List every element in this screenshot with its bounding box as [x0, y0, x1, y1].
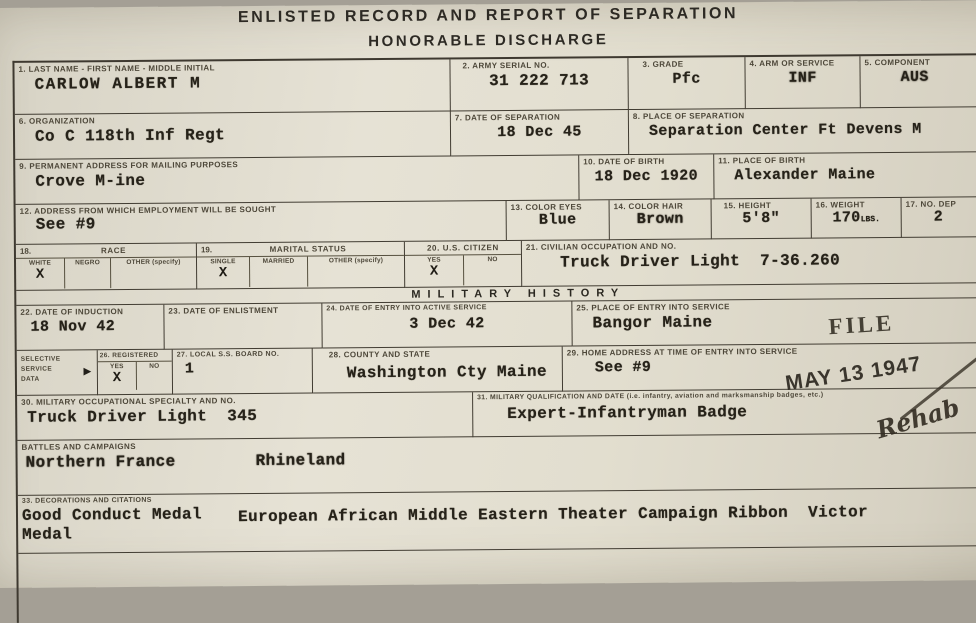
field-label: 31. MILITARY QUALIFICATION AND DATE (i.e… — [477, 390, 976, 401]
field-value: Separation Center Ft Devens M — [649, 120, 976, 140]
option-label: OTHER (specify) — [126, 259, 180, 266]
field-3-grade: 3. GRADE Pfc — [628, 57, 745, 110]
field-number: 19. — [201, 245, 212, 254]
arrow-right-icon: ► — [81, 363, 94, 378]
field-label: 26. REGISTERED — [100, 352, 170, 360]
option-married: MARRIED — [249, 257, 307, 287]
field-19-marital-status: 19. MARITAL STATUS SINGLEX MARRIED OTHER… — [197, 242, 405, 290]
field-24-date-entry-active-service: 24. DATE OF ENTRY INTO ACTIVE SERVICE 3 … — [322, 302, 572, 349]
field-26-registered: 26. REGISTERED YESX NO — [98, 350, 173, 396]
option-label: NO — [149, 363, 159, 370]
field-value: Crove M-ine — [35, 168, 574, 191]
field-label: 1. LAST NAME - FIRST NAME - MIDDLE INITI… — [18, 61, 445, 73]
option-no: NO — [463, 255, 521, 285]
field-value: 5'8" — [716, 210, 807, 228]
field-value: Good Conduct Medal — [22, 505, 202, 525]
race-options: WHITEX NEGRO OTHER (specify) — [16, 256, 196, 288]
field-8-place-of-separation: 8. PLACE OF SEPARATION Separation Center… — [629, 107, 976, 155]
field-30-military-occupational-specialty: 30. MILITARY OCCUPATIONAL SPECIALTY AND … — [17, 392, 473, 441]
file-stamp: FILE — [828, 310, 895, 340]
option-negro: NEGRO — [64, 258, 110, 288]
option-white: WHITEX — [16, 258, 64, 288]
field-7-date-of-separation: 7. DATE OF SEPARATION 18 Dec 45 — [451, 110, 629, 156]
field-label: 2. ARMY SERIAL NO. — [462, 60, 623, 70]
field-label: 19. MARITAL STATUS — [201, 244, 400, 255]
field-value: Brown — [614, 210, 707, 228]
field-value: 2 — [934, 208, 976, 226]
field-title: RACE — [35, 245, 192, 255]
field-value: Blue — [511, 211, 605, 229]
field-label: 17. NO. DEP — [906, 199, 976, 209]
option-no: NO — [136, 362, 172, 390]
option-label: NO — [487, 256, 497, 263]
field-10-date-of-birth: 10. DATE OF BIRTH 18 Dec 1920 — [579, 154, 714, 200]
field-6-organization: 6. ORGANIZATION Co C 118th Inf Regt — [15, 111, 451, 159]
field-value: 31 222 713 — [455, 71, 624, 91]
field-1-last-first-middle-name: 1. LAST NAME - FIRST NAME - MIDDLE INITI… — [14, 59, 450, 114]
checkmark-x: X — [113, 371, 122, 385]
field-value: 18 Dec 1920 — [583, 167, 709, 185]
field-title: 20. U.S. CITIZEN — [409, 243, 517, 253]
field-value: Alexander Maine — [734, 165, 976, 184]
field-value: See #9 — [36, 212, 502, 234]
field-28-county-and-state: 28. COUNTY AND STATE Washington Cty Main… — [313, 347, 563, 394]
option-yes: YESX — [405, 255, 463, 285]
citizen-options: YESX NO — [405, 254, 521, 286]
weight-number: 170 — [832, 209, 860, 226]
field-label: 11. PLACE OF BIRTH — [718, 154, 976, 165]
checkmark-x: X — [430, 265, 439, 279]
checkmark-x: X — [36, 268, 45, 282]
field-value: 18 Dec 45 — [455, 123, 624, 142]
field-17-no-dependents: 17. NO. DEP 2 — [902, 197, 976, 238]
checkmark-x: X — [219, 266, 228, 280]
field-value: Co C 118th Inf Regt — [35, 124, 446, 146]
selective-service-data-label: SELECTIVE SERVICE DATA ► — [17, 350, 98, 396]
field-9-permanent-address: 9. PERMANENT ADDRESS FOR MAILING PURPOSE… — [15, 155, 579, 204]
field-16-weight: 16. WEIGHT 170LBS. — [812, 198, 902, 239]
field-11-place-of-birth: 11. PLACE OF BIRTH Alexander Maine — [714, 152, 976, 199]
field-5-component: 5. COMPONENT AUS — [860, 55, 976, 108]
option-label: MARRIED — [263, 258, 295, 265]
field-value: CARLOW ALBERT M — [35, 72, 446, 94]
field-label: 5. COMPONENT — [864, 57, 976, 67]
document-title: ENLISTED RECORD AND REPORT OF SEPARATION… — [158, 5, 818, 52]
option-label: NEGRO — [75, 259, 100, 266]
field-22-date-of-induction: 22. DATE OF INDUCTION 18 Nov 42 — [16, 305, 164, 351]
field-label: 23. DATE OF ENLISTMENT — [168, 306, 317, 316]
option-other: OTHER (specify) — [110, 257, 196, 288]
field-value: 18 Nov 42 — [30, 318, 159, 336]
field-label: 18. RACE — [20, 245, 192, 255]
weight-unit: LBS. — [861, 215, 880, 224]
option-label: OTHER (specify) — [329, 257, 383, 264]
field-15-height: 15. HEIGHT 5'8" — [712, 199, 812, 240]
field-12-employment-address: 12. ADDRESS FROM WHICH EMPLOYMENT WILL B… — [16, 201, 507, 245]
field-32-battles-and-campaigns: BATTLES AND CAMPAIGNS Northern France Rh… — [17, 433, 976, 496]
option-label: YES — [427, 257, 441, 264]
field-20-us-citizen: 20. U.S. CITIZEN YESX NO — [405, 241, 522, 288]
option-other: OTHER (specify) — [307, 256, 404, 287]
field-value — [168, 317, 317, 318]
field-value: Washington Cty Maine — [347, 363, 558, 383]
scanned-document: ENLISTED RECORD AND REPORT OF SEPARATION… — [0, 0, 976, 549]
field-33-decorations-and-citations: 33. DECORATIONS AND CITATIONS Good Condu… — [18, 488, 976, 549]
field-number: 18. — [20, 247, 31, 256]
field-label: 8. PLACE OF SEPARATION — [633, 109, 976, 121]
field-value: INF — [750, 69, 856, 87]
field-23-date-of-enlistment: 23. DATE OF ENLISTMENT — [164, 303, 322, 349]
field-4-arm-or-service: 4. ARM OR SERVICE INF — [745, 56, 860, 109]
field-label: 10. DATE OF BIRTH — [583, 156, 709, 166]
field-label: 24. DATE OF ENTRY INTO ACTIVE SERVICE — [326, 304, 567, 313]
registered-options: YESX NO — [98, 361, 172, 391]
field-27-local-ss-board-no: 27. LOCAL S.S. BOARD NO. 1 — [173, 349, 313, 395]
field-14-color-hair: 14. COLOR HAIR Brown — [610, 199, 712, 240]
separation-form-table: 1. LAST NAME - FIRST NAME - MIDDLE INITI… — [12, 53, 976, 549]
option-label: YES — [110, 363, 124, 370]
field-label: 20. U.S. CITIZEN — [409, 243, 517, 253]
field-label: 3. GRADE — [642, 59, 740, 69]
field-label: 25. PLACE OF ENTRY INTO SERVICE — [576, 300, 976, 312]
marital-options: SINGLEX MARRIED OTHER (specify) — [197, 255, 404, 288]
option-yes: YESX — [98, 362, 136, 390]
field-13-color-eyes: 13. COLOR EYES Blue — [507, 200, 610, 241]
field-25-place-entry-into-service: 25. PLACE OF ENTRY INTO SERVICE Bangor M… — [572, 298, 976, 347]
field-21-civilian-occupation: 21. CIVILIAN OCCUPATION AND NO. Truck Dr… — [522, 237, 976, 287]
field-value: 3 Dec 42 — [326, 315, 567, 334]
field-label: 4. ARM OR SERVICE — [749, 58, 855, 68]
field-label: 28. COUNTY AND STATE — [329, 349, 558, 360]
document-title-line2: HONORABLE DISCHARGE — [158, 30, 818, 52]
field-18-race: 18. RACE WHITEX NEGRO OTHER (specify) — [16, 243, 197, 290]
field-value: 1 — [185, 360, 308, 378]
field-label: 22. DATE OF INDUCTION — [20, 307, 159, 317]
field-value: Truck Driver Light 345 — [27, 405, 468, 427]
field-value: Truck Driver Light 7-36.260 — [560, 250, 976, 272]
field-value: Bangor Maine — [592, 311, 976, 333]
field-label: 27. LOCAL S.S. BOARD NO. — [177, 351, 308, 359]
field-label: 6. ORGANIZATION — [19, 113, 446, 125]
document-title-line1: ENLISTED RECORD AND REPORT OF SEPARATION — [158, 5, 818, 28]
field-value: AUS — [901, 68, 976, 86]
field-value: Pfc — [633, 70, 741, 88]
field-title: MARITAL STATUS — [216, 244, 400, 254]
field-2-army-serial-no: 2. ARMY SERIAL NO. 31 222 713 — [450, 58, 628, 111]
option-single: SINGLEX — [197, 257, 249, 287]
field-label: 7. DATE OF SEPARATION — [455, 112, 624, 122]
field-value: 170LBS. — [816, 209, 897, 227]
